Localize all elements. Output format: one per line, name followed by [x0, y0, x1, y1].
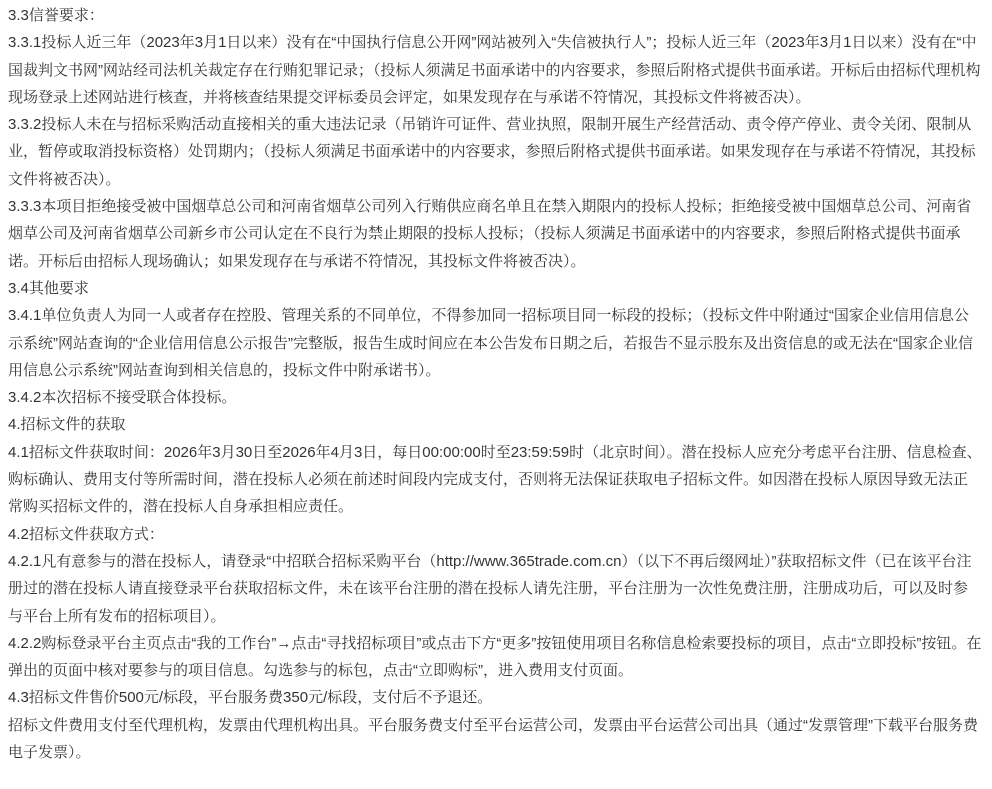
clause-4-2-1-platform-registration: 4.2.1凡有意参与的潜在投标人，请登录“中招联合招标采购平台（http://w… [8, 548, 982, 630]
clause-3-3-3: 3.3.3本项目拒绝接受被中国烟草总公司和河南省烟草公司列入行贿供应商名单且在禁… [8, 193, 982, 275]
clause-4-3-payment-invoice-note: 招标文件费用支付至代理机构，发票由代理机构出具。平台服务费支付至平台运营公司，发… [8, 712, 982, 767]
clause-4-2-2-purchase-steps: 4.2.2购标登录平台主页点击“我的工作台”→点击“寻找招标项目”或点击下方“更… [8, 630, 982, 685]
clause-3-3-1: 3.3.1投标人近三年（2023年3月1日以来）没有在“中国执行信息公开网”网站… [8, 29, 982, 111]
clause-3-3-2: 3.3.2投标人未在与招标采购活动直接相关的重大违法记录（吊销许可证件、营业执照… [8, 111, 982, 193]
section-heading-3-3-credit-requirements: 3.3信誉要求： [8, 2, 982, 29]
clause-3-4-2: 3.4.2本次招标不接受联合体投标。 [8, 384, 982, 411]
clause-4-1-acquisition-time: 4.1招标文件获取时间：2026年3月30日至2026年4月3日，每日00:00… [8, 439, 982, 521]
clause-4-3-price: 4.3招标文件售价500元/标段，平台服务费350元/标段，支付后不予退还。 [8, 684, 982, 711]
section-heading-4-document-acquisition: 4.招标文件的获取 [8, 411, 982, 438]
section-heading-3-4-other-requirements: 3.4其他要求 [8, 275, 982, 302]
clause-4-2-acquisition-method-heading: 4.2招标文件获取方式： [8, 521, 982, 548]
tender-notice-document: 3.3信誉要求： 3.3.1投标人近三年（2023年3月1日以来）没有在“中国执… [0, 0, 992, 789]
clause-3-4-1: 3.4.1单位负责人为同一人或者存在控股、管理关系的不同单位，不得参加同一招标项… [8, 302, 982, 384]
